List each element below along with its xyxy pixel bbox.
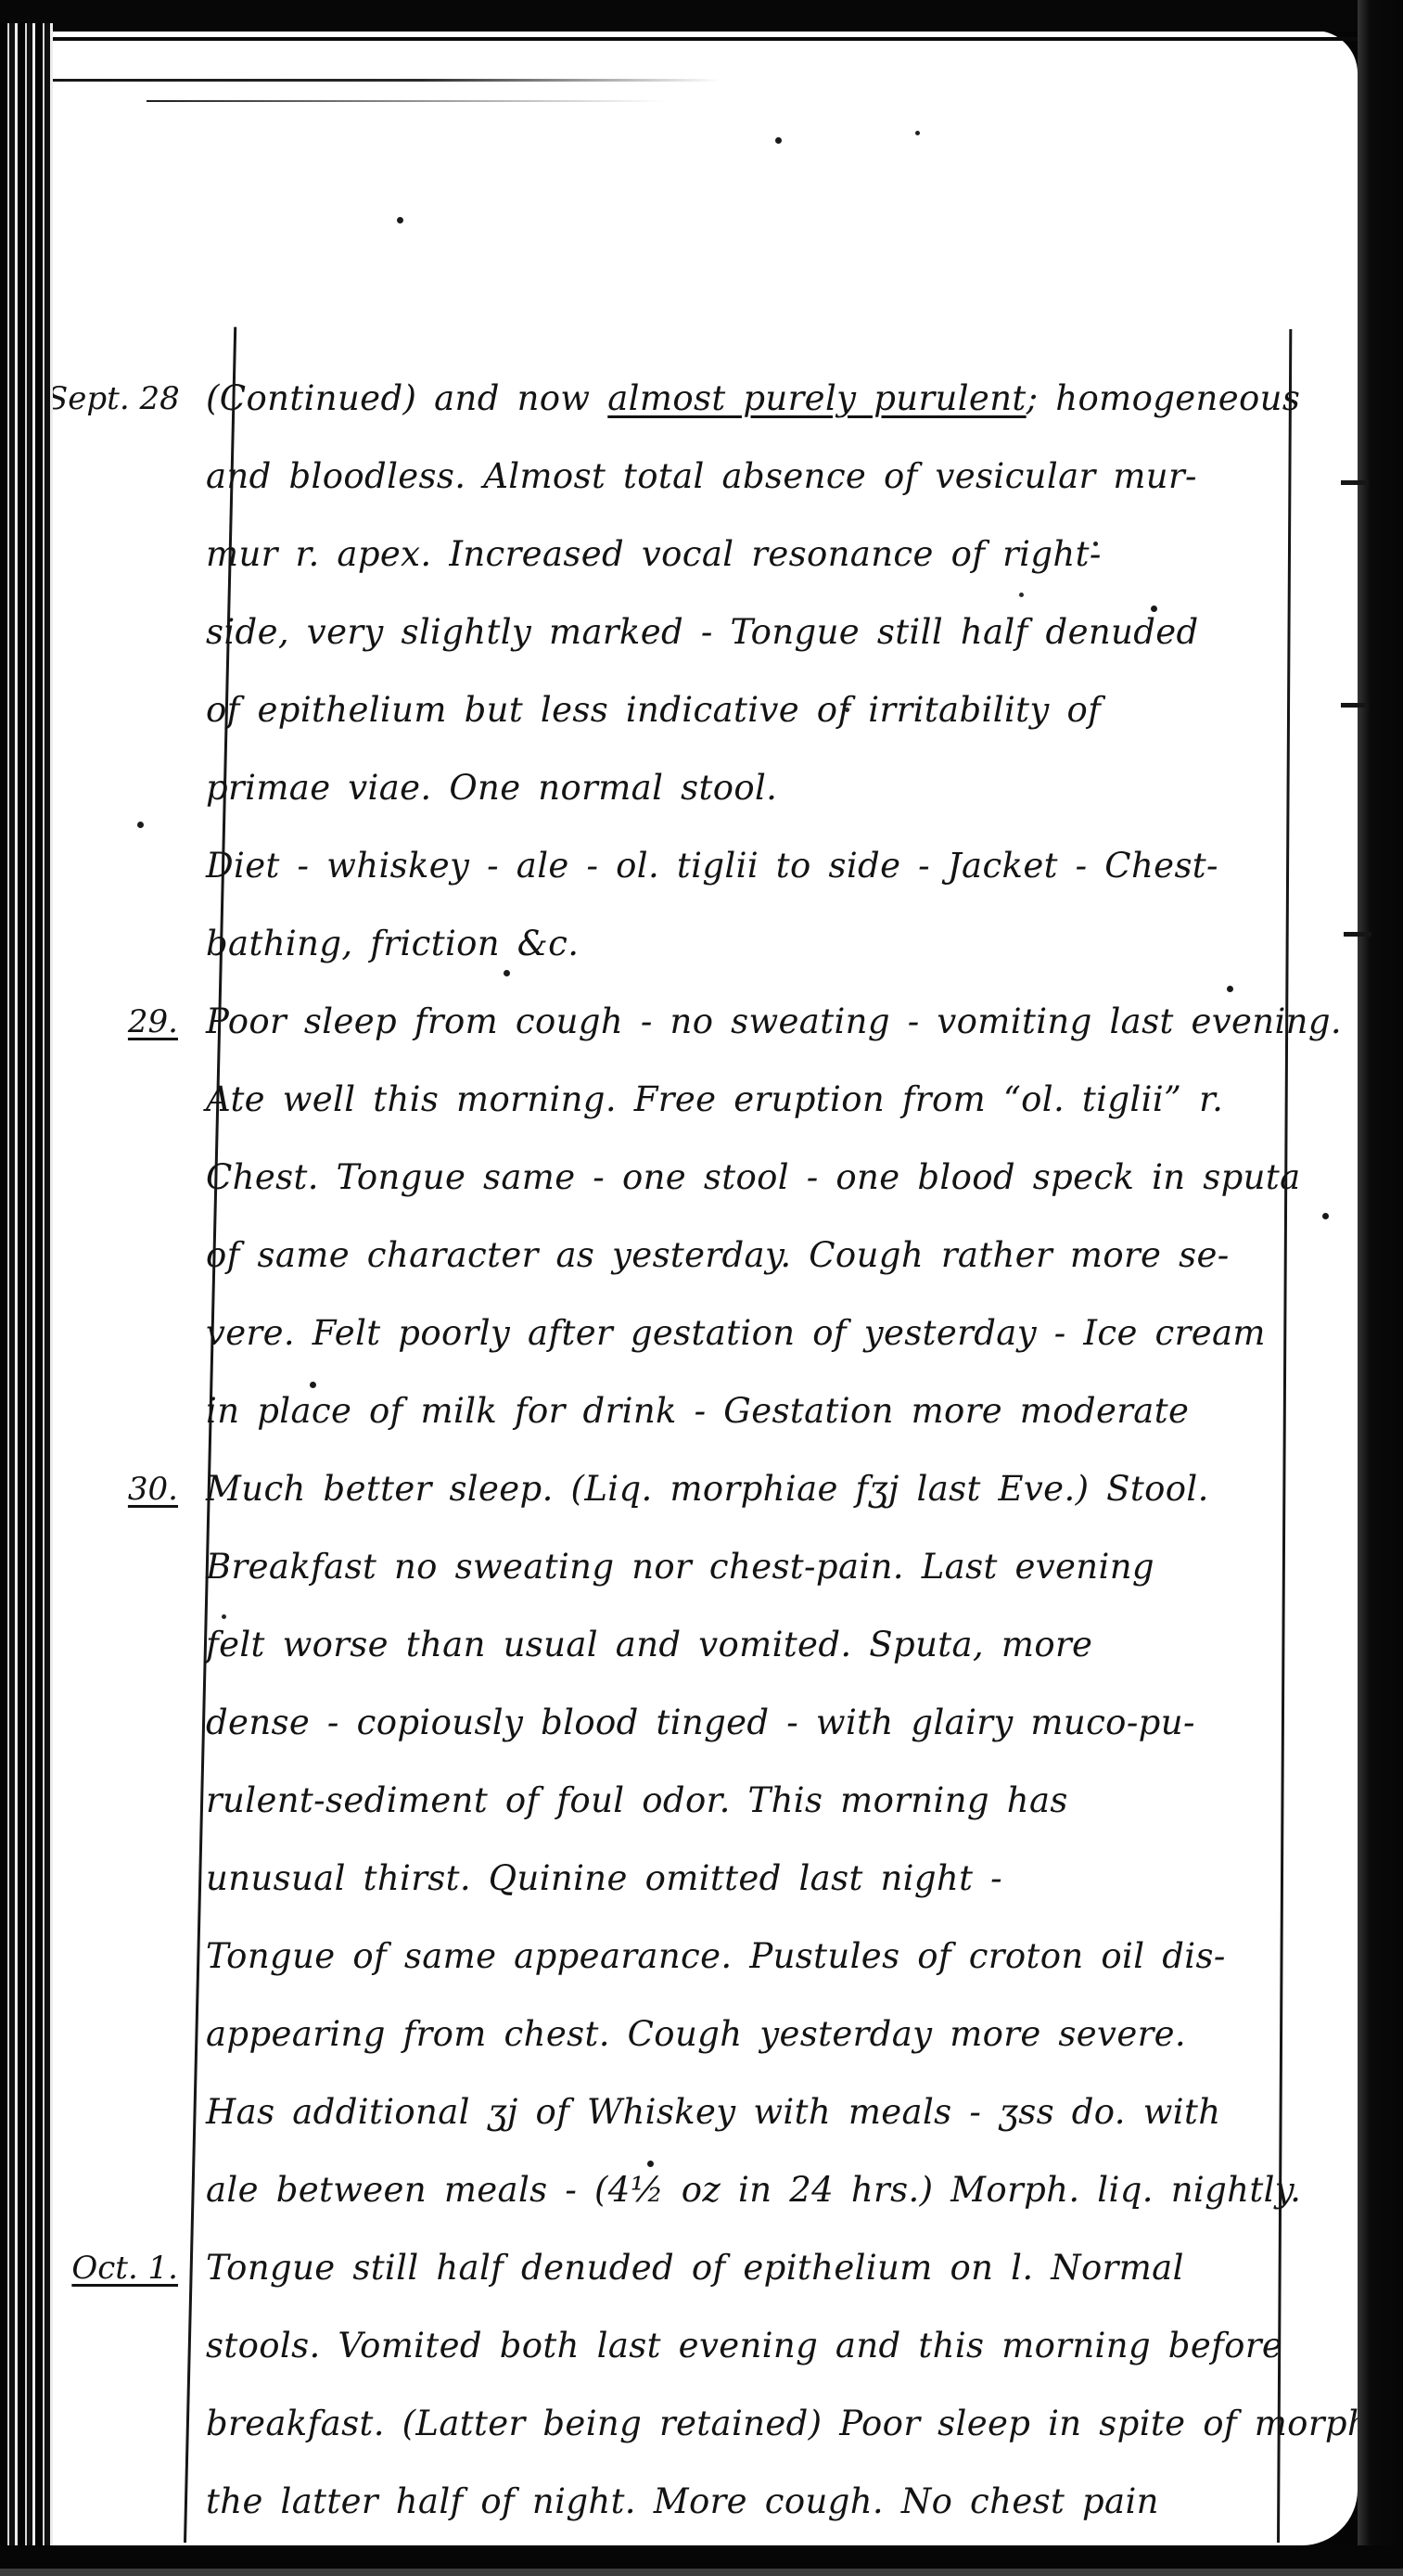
handwriting-line: Breakfast no sweating nor chest-pain. La…	[206, 1528, 1300, 1606]
handwriting-line: ale between meals - (4½ oz in 24 hrs.) M…	[206, 2151, 1300, 2229]
handwriting-segment: Poor sleep from cough - no sweating - vo…	[206, 1001, 1342, 1041]
handwriting-segment: Ate well this morning. Free eruption fro…	[206, 1079, 1223, 1119]
page-edge-mark	[1341, 480, 1369, 485]
handwriting-line: appearing from chest. Cough yesterday mo…	[206, 1996, 1300, 2073]
handwriting-line: dense - copiously blood tinged - with gl…	[206, 1684, 1300, 1762]
handwriting-line: Chest. Tongue same - one stool - one blo…	[206, 1139, 1300, 1217]
page-top-edge-line	[53, 37, 1358, 41]
handwriting-line: of same character as yesterday. Cough ra…	[206, 1217, 1300, 1294]
handwriting-line: rulent-sediment of foul odor. This morni…	[206, 1762, 1300, 1840]
handwriting-line: bathing, friction &c.	[206, 905, 1300, 983]
margin-date-label: Oct. 1.	[71, 2250, 178, 2287]
handwriting-segment: dense - copiously blood tinged - with gl…	[206, 1702, 1195, 1742]
handwriting-line: (Continued) and now almost purely purule…	[206, 360, 1300, 438]
handwriting-line: Tongue still half denuded of epithelium …	[206, 2229, 1300, 2307]
book-page-edges-left	[0, 23, 53, 2576]
book-edge-top	[0, 0, 1403, 32]
handwriting-segment: Tongue of same appearance. Pustules of c…	[206, 1936, 1226, 1976]
handwriting-segment: Has additional ʒj of Whiskey with meals …	[206, 2092, 1220, 2132]
handwriting-line: the latter half of night. More cough. No…	[206, 2463, 1300, 2541]
handwriting-line: mur r. apex. Increased vocal resonance o…	[206, 516, 1300, 593]
book-edge-right	[1358, 0, 1403, 2576]
handwriting-line: Diet - whiskey - ale - ol. tiglii to sid…	[206, 827, 1300, 905]
handwriting-line: Tongue of same appearance. Pustules of c…	[206, 1918, 1300, 1996]
handwriting-segment: Breakfast no sweating nor chest-pain. La…	[206, 1547, 1154, 1587]
handwriting-segment: (Continued) and now	[206, 378, 607, 418]
handwriting-segment: breakfast. (Latter being retained) Poor …	[206, 2404, 1403, 2443]
handwriting-segment: primae viae. One normal stool.	[206, 768, 777, 808]
page-edge-mark	[1344, 932, 1371, 937]
handwriting-segment: side, very slightly marked - Tongue stil…	[206, 612, 1199, 652]
handwriting-segment: ; homogeneous	[1027, 378, 1301, 418]
handwriting-line: in place of milk for drink - Gestation m…	[206, 1372, 1300, 1450]
handwriting-line: felt worse than usual and vomited. Sputa…	[206, 1606, 1300, 1684]
handwriting-segment: mur r. apex. Increased vocal resonance o…	[206, 534, 1102, 574]
handwriting-line: stools. Vomited both last evening and th…	[206, 2307, 1300, 2385]
handwriting-segment: felt worse than usual and vomited. Sputa…	[206, 1625, 1092, 1664]
handwriting-line: vere. Felt poorly after gestation of yes…	[206, 1294, 1300, 1372]
handwriting-segment: unusual thirst. Quinine omitted last nig…	[206, 1858, 1002, 1898]
handwritten-text-block: (Continued) and now almost purely purule…	[206, 360, 1300, 2541]
handwriting-segment: Diet - whiskey - ale - ol. tiglii to sid…	[206, 846, 1218, 886]
page-top-streak	[147, 100, 666, 102]
handwriting-segment: Tongue still half denuded of epithelium …	[206, 2248, 1184, 2288]
handwriting-segment: stools. Vomited both last evening and th…	[206, 2326, 1282, 2366]
book-edge-bottom-grain	[0, 2569, 1403, 2576]
margin-date-entry: Sept. 28	[46, 360, 178, 438]
margin-date-entry: 29.	[46, 983, 178, 1061]
handwriting-segment: bathing, friction &c.	[206, 924, 579, 963]
handwriting-segment: ale between meals - (4½ oz in 24 hrs.) M…	[206, 2170, 1301, 2210]
handwriting-segment: appearing from chest. Cough yesterday mo…	[206, 2014, 1186, 2054]
underlined-handwriting-segment: almost purely purulent	[607, 378, 1026, 418]
page-edge-mark	[1341, 703, 1369, 708]
handwriting-line: and bloodless. Almost total absence of v…	[206, 438, 1300, 516]
handwriting-line: Ate well this morning. Free eruption fro…	[206, 1061, 1300, 1139]
handwriting-line: Poor sleep from cough - no sweating - vo…	[206, 983, 1300, 1061]
margin-date-entry: 30.	[46, 1450, 178, 1528]
handwriting-segment: Much better sleep. (Liq. morphiae fʒj la…	[206, 1469, 1209, 1509]
handwriting-line: Much better sleep. (Liq. morphiae fʒj la…	[206, 1450, 1300, 1528]
handwriting-line: Has additional ʒj of Whiskey with meals …	[206, 2073, 1300, 2151]
handwriting-segment: vere. Felt poorly after gestation of yes…	[206, 1313, 1266, 1353]
handwriting-line: unusual thirst. Quinine omitted last nig…	[206, 1840, 1300, 1918]
handwriting-segment: and bloodless. Almost total absence of v…	[206, 456, 1197, 496]
scanned-page: Sept. 2829.30.Oct. 1. (Continued) and no…	[0, 0, 1403, 2576]
handwriting-segment: of epithelium but less indicative of irr…	[206, 690, 1101, 730]
handwriting-line: of epithelium but less indicative of irr…	[206, 671, 1300, 749]
margin-date-entry: Oct. 1.	[46, 2229, 178, 2307]
handwriting-line: breakfast. (Latter being retained) Poor …	[206, 2385, 1300, 2463]
handwriting-segment: of same character as yesterday. Cough ra…	[206, 1235, 1230, 1275]
handwriting-segment: the latter half of night. More cough. No…	[206, 2481, 1159, 2521]
handwriting-segment: Chest. Tongue same - one stool - one blo…	[206, 1157, 1301, 1197]
handwriting-line: side, very slightly marked - Tongue stil…	[206, 593, 1300, 671]
handwriting-line: primae viae. One normal stool.	[206, 749, 1300, 827]
page-top-streak	[53, 79, 721, 82]
margin-date-label: 30.	[128, 1471, 178, 1508]
handwriting-segment: rulent-sediment of foul odor. This morni…	[206, 1780, 1068, 1820]
handwriting-segment: in place of milk for drink - Gestation m…	[206, 1391, 1189, 1431]
margin-date-label: Sept. 28	[46, 380, 180, 417]
margin-date-label: 29.	[128, 1003, 178, 1040]
